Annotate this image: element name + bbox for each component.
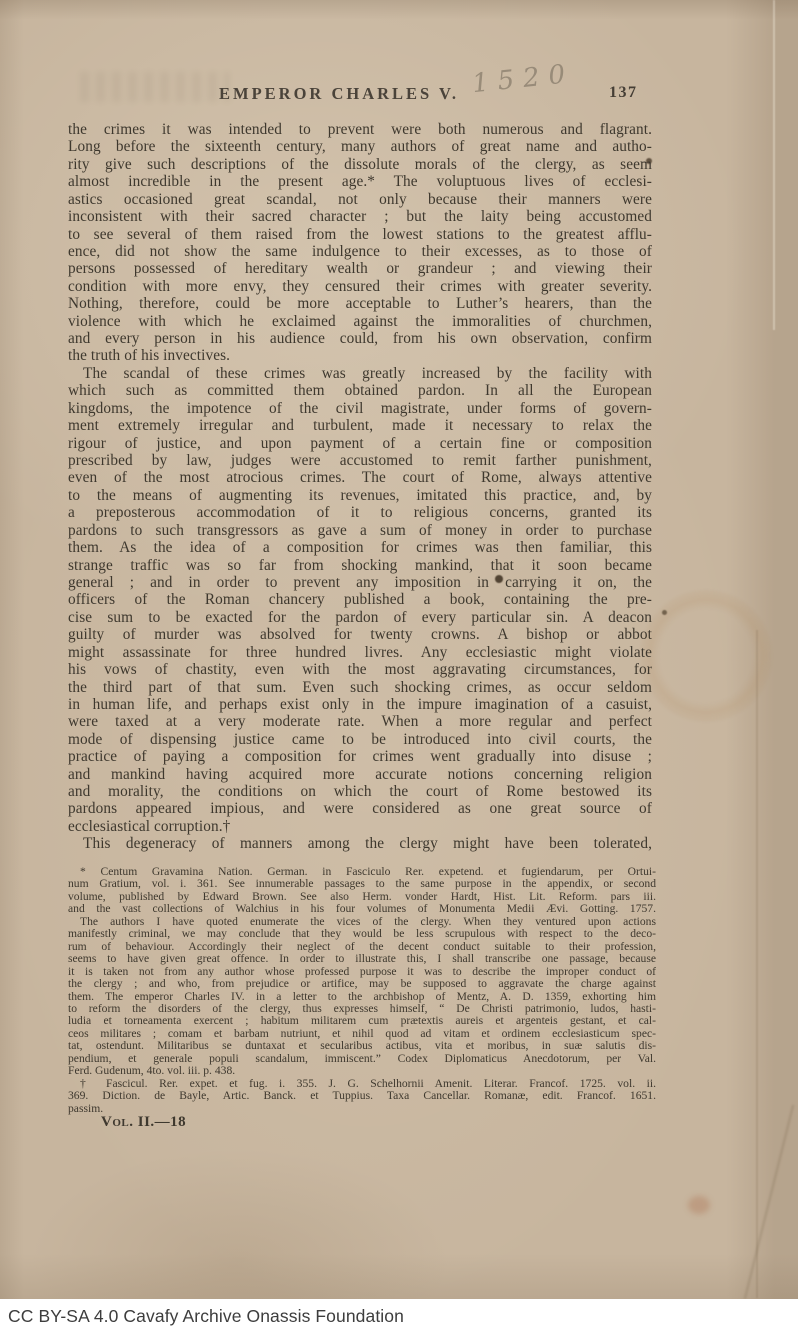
ring-stain	[640, 590, 772, 722]
text-line: inconsistent with their sacred character…	[68, 208, 652, 225]
text-line: his vows of chastity, even with the most…	[68, 661, 652, 678]
text-line: the truth of his invectives.	[68, 347, 652, 364]
text-line: condition with more envy, they censured …	[68, 278, 652, 295]
text-line: practice of paying a composition for cri…	[68, 748, 652, 765]
paper-crease	[744, 1105, 794, 1300]
paragraph: The scandal of these crimes was greatly …	[68, 365, 652, 835]
text-line: and every person in his audience could, …	[68, 330, 652, 347]
text-line: This degeneracy of manners among the cle…	[68, 835, 652, 852]
paragraph: the crimes it was intended to prevent we…	[68, 121, 652, 365]
text-line: pardons appeared impious, and were consi…	[68, 800, 652, 817]
text-line: guilty of murder was absolved for twenty…	[68, 626, 652, 643]
text-line: kingdoms, the impotence of the civil mag…	[68, 400, 652, 417]
paper-crease	[773, 0, 775, 330]
footnote: † Fascicul. Rer. expet. et fug. i. 355. …	[68, 1078, 656, 1115]
text-line: the third part of that sum. Even such sh…	[68, 679, 652, 696]
text-line: the clergy ; and who, from prejudice or …	[68, 978, 656, 990]
body-text: the crimes it was intended to prevent we…	[68, 121, 652, 853]
text-line: in human life, and perhaps exist only in…	[68, 696, 652, 713]
text-line: The scandal of these crimes was greatly …	[68, 365, 652, 382]
text-line: strange traffic was so far from shocking…	[68, 557, 652, 574]
paper-stain	[688, 1196, 710, 1214]
text-line: officers of the Roman chancery published…	[68, 591, 652, 608]
text-line: ment extremely irregular and turbulent, …	[68, 417, 652, 434]
text-line: and mankind having acquired more accurat…	[68, 766, 652, 783]
text-line: them. As the idea of a composition for c…	[68, 539, 652, 556]
text-line: were taxed at a very moderate rate. When…	[68, 713, 652, 730]
text-line: violence with which he exclaimed against…	[68, 313, 652, 330]
text-line: general ; and in order to prevent any im…	[68, 574, 652, 591]
text-line: and the vast collections of Walchius in …	[68, 903, 656, 915]
running-header-title: EMPEROR CHARLES V.	[219, 84, 459, 104]
text-line: ence, did not show the same indulgence t…	[68, 243, 652, 260]
text-line: prescribed by law, judges were accustome…	[68, 452, 652, 469]
volume-signature: Vol. II.—18	[68, 1116, 656, 1128]
scanned-book-page-view: EMPEROR CHARLES V. 1520 137 the crimes i…	[0, 0, 798, 1334]
text-line: pardons to such transgressors as gave a …	[68, 522, 652, 539]
text-line: ecclesiastical corruption.†	[68, 818, 652, 835]
license-caption-bar: CC BY-SA 4.0 Cavafy Archive Onassis Foun…	[0, 1299, 798, 1334]
text-line: seems to have given great offence. In or…	[68, 953, 656, 965]
text-line: rity give such descriptions of the disso…	[68, 156, 652, 173]
text-line: mode of dispensing justice came to be in…	[68, 731, 652, 748]
handwritten-date-note: 1520	[471, 59, 576, 100]
text-line: which such as committed them obtained pa…	[68, 382, 652, 399]
footnotes: * Centum Gravamina Nation. German. in Fa…	[68, 866, 656, 1129]
text-line: manifestly criminal, we may conclude tha…	[68, 928, 656, 940]
text-line: tat, ostendunt. Militaribus se duntaxat …	[68, 1040, 656, 1052]
text-line: Nothing, therefore, could be more accept…	[68, 295, 652, 312]
text-line: cise sum to be exacted for the pardon of…	[68, 609, 652, 626]
license-caption-text: CC BY-SA 4.0 Cavafy Archive Onassis Foun…	[0, 1299, 798, 1333]
text-line: persons possessed of hereditary wealth o…	[68, 260, 652, 277]
paper-crease	[756, 630, 758, 1298]
text-line: and morality, the conditions on which th…	[68, 783, 652, 800]
text-line: to see several of them raised from the l…	[68, 226, 652, 243]
text-line: might assassinate for three hundred livr…	[68, 644, 652, 661]
text-line: astics occasioned great scandal, not onl…	[68, 191, 652, 208]
text-line: rigour of justice, and upon payment of a…	[68, 435, 652, 452]
ink-showthrough	[80, 72, 230, 102]
text-line: Ferd. Gudenum, 4to. vol. iii. p. 438.	[68, 1065, 656, 1077]
footnote: * Centum Gravamina Nation. German. in Fa…	[68, 866, 656, 916]
footnote: The authors I have quoted enumerate the …	[68, 916, 656, 1078]
ink-blot	[662, 610, 667, 615]
text-line: a preposterous accommodation of it to re…	[68, 504, 652, 521]
text-line: 369. Diction. de Bayle, Artic. Banck. et…	[68, 1090, 656, 1102]
text-line: the crimes it was intended to prevent we…	[68, 121, 652, 138]
paragraph: This degeneracy of manners among the cle…	[68, 835, 652, 852]
text-line: even of the most atrocious crimes. The c…	[68, 469, 652, 486]
page-number: 137	[609, 84, 638, 102]
book-page-scan: EMPEROR CHARLES V. 1520 137 the crimes i…	[0, 0, 798, 1299]
text-line: to the means of augmenting its revenues,…	[68, 487, 652, 504]
text-line: Long before the sixteenth century, many …	[68, 138, 652, 155]
text-line: almost incredible in the present age.* T…	[68, 173, 652, 190]
